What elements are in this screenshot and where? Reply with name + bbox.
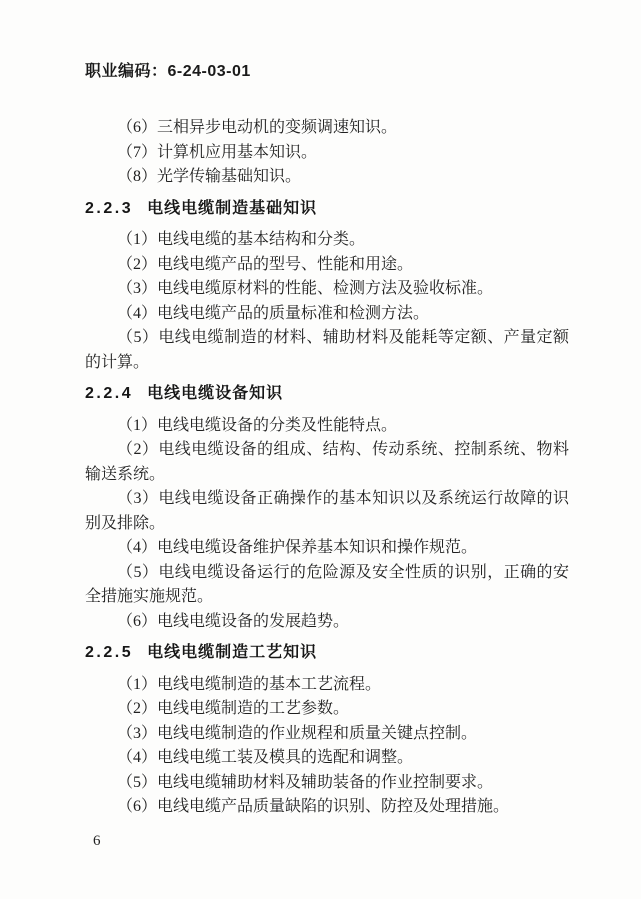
list-item: （6）电线电缆设备的发展趋势。: [85, 610, 569, 635]
section-heading: 2.2.3电线电缆制造基础知识: [85, 197, 569, 222]
section-2-2-5: 2.2.5电线电缆制造工艺知识 （1）电线电缆制造的基本工艺流程。 （2）电线电…: [85, 641, 569, 820]
list-item: （5）电线电缆辅助材料及辅助装备的作业控制要求。: [85, 771, 569, 796]
section-title: 电线电缆制造工艺知识: [147, 644, 317, 661]
list-item: （2）电线电缆制造的工艺参数。: [85, 697, 569, 722]
section-heading: 2.2.5电线电缆制造工艺知识: [85, 641, 569, 666]
section-2-2-4: 2.2.4电线电缆设备知识 （1）电线电缆设备的分类及性能特点。 （2）电线电缆…: [85, 382, 569, 634]
list-item: （1）电线电缆设备的分类及性能特点。: [85, 414, 569, 439]
list-item: （7）计算机应用基本知识。: [85, 141, 569, 166]
list-item: （3）电线电缆制造的作业规程和质量关键点控制。: [85, 722, 569, 747]
list-item: （2）电线电缆设备的组成、结构、传动系统、控制系统、物料输送系统。: [85, 438, 569, 487]
list-item: （6）三相异步电动机的变频调速知识。: [85, 116, 569, 141]
list-item: （4）电线电缆工装及模具的选配和调整。: [85, 746, 569, 771]
page-number: 6: [93, 830, 569, 852]
list-item: （1）电线电缆制造的基本工艺流程。: [85, 673, 569, 698]
list-item: （2）电线电缆产品的型号、性能和用途。: [85, 253, 569, 278]
list-item: （4）电线电缆设备维护保养基本知识和操作规范。: [85, 536, 569, 561]
list-item: （6）电线电缆产品质量缺陷的识别、防控及处理措施。: [85, 795, 569, 820]
section-title: 电线电缆设备知识: [147, 385, 283, 402]
list-item: （1）电线电缆的基本结构和分类。: [85, 228, 569, 253]
list-item: （5）电线电缆制造的材料、辅助材料及能耗等定额、产量定额的计算。: [85, 326, 569, 375]
list-item: （8）光学传输基础知识。: [85, 165, 569, 190]
section-title: 电线电缆制造基础知识: [147, 200, 317, 217]
occupation-code-header: 职业编码：6-24-03-01: [85, 60, 569, 84]
section-number: 2.2.4: [85, 385, 133, 402]
list-item: （4）电线电缆产品的质量标准和检测方法。: [85, 302, 569, 327]
list-item: （3）电线电缆设备正确操作的基本知识以及系统运行故障的识别及排除。: [85, 487, 569, 536]
continued-item-list: （6）三相异步电动机的变频调速知识。 （7）计算机应用基本知识。 （8）光学传输…: [85, 116, 569, 190]
list-item: （5）电线电缆设备运行的危险源及安全性质的识别，正确的安全措施实施规范。: [85, 561, 569, 610]
list-item: （3）电线电缆原材料的性能、检测方法及验收标准。: [85, 277, 569, 302]
document-page: 职业编码：6-24-03-01 （6）三相异步电动机的变频调速知识。 （7）计算…: [0, 0, 641, 899]
section-heading: 2.2.4电线电缆设备知识: [85, 382, 569, 407]
section-number: 2.2.3: [85, 200, 133, 217]
document-body: （6）三相异步电动机的变频调速知识。 （7）计算机应用基本知识。 （8）光学传输…: [85, 116, 569, 820]
section-2-2-3: 2.2.3电线电缆制造基础知识 （1）电线电缆的基本结构和分类。 （2）电线电缆…: [85, 197, 569, 376]
section-number: 2.2.5: [85, 644, 133, 661]
